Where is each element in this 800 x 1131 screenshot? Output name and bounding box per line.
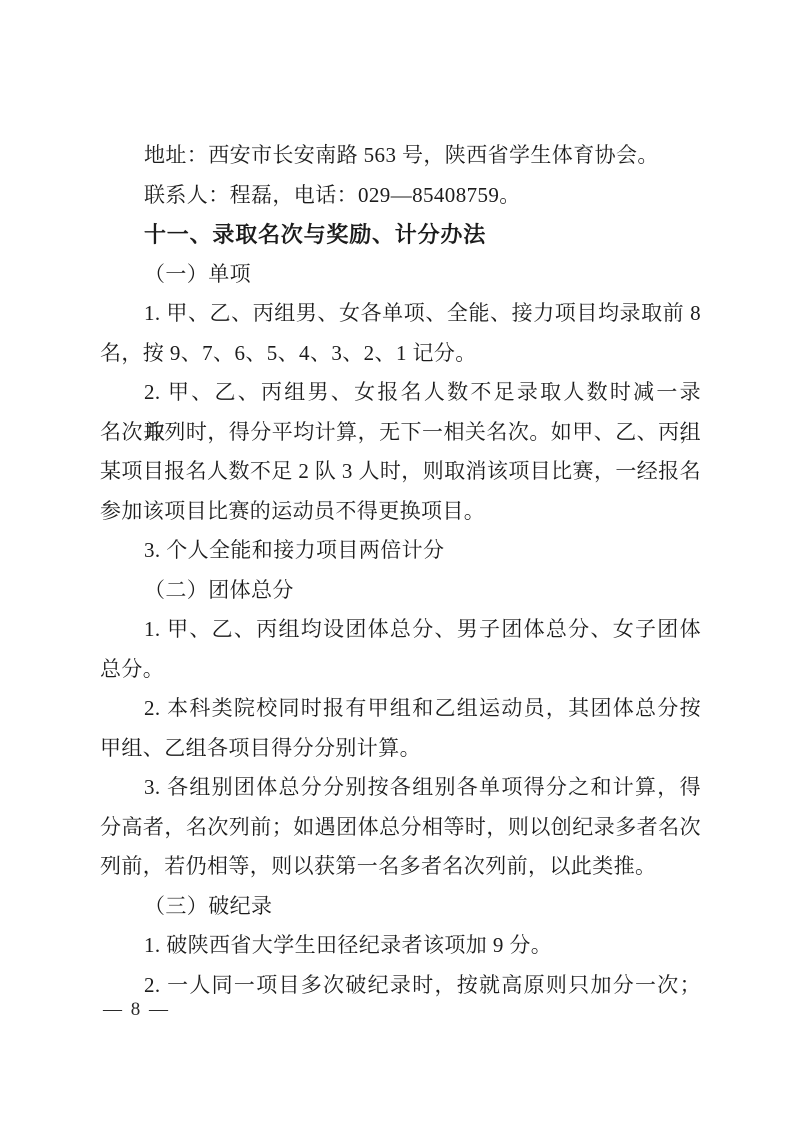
section-heading: 十一、录取名次与奖励、计分办法 [100,215,701,255]
contact-line: 联系人：程磊，电话：029—85408759。 [100,176,701,216]
text-line: 2. 甲、乙、丙组男、女报名人数不足录取人数时减一录取， [100,373,701,413]
text-line: 1. 甲、乙、丙组均设团体总分、男子团体总分、女子团体 [100,610,701,650]
text-line: 2. 本科类院校同时报有甲组和乙组运动员，其团体总分按 [100,689,701,729]
document-body: 地址：西安市长安南路 563 号，陕西省学生体育协会。 联系人：程磊，电话：02… [100,136,701,1005]
subsection-title: （三）破纪录 [100,887,701,927]
text-line: 1. 破陕西省大学生田径纪录者该项加 9 分。 [100,926,701,966]
text-line: 名次并列时，得分平均计算，无下一相关名次。如甲、乙、丙组 [100,413,701,453]
text-line: 列前，若仍相等，则以获第一名多者名次列前，以此类推。 [100,847,701,887]
text-line: 总分。 [100,650,701,690]
text-line: 某项目报名人数不足 2 队 3 人时，则取消该项目比赛，一经报名 [100,452,701,492]
text-line: 1. 甲、乙、丙组男、女各单项、全能、接力项目均录取前 8 [100,294,701,334]
page-number: — 8 — [103,997,170,1023]
subsection-title: （一）单项 [100,255,701,295]
text-line: 3. 各组别团体总分分别按各组别各单项得分之和计算，得 [100,768,701,808]
address-line: 地址：西安市长安南路 563 号，陕西省学生体育协会。 [100,136,701,176]
subsection-title: （二）团体总分 [100,571,701,611]
text-line: 2. 一人同一项目多次破纪录时，按就高原则只加分一次； [100,966,701,1006]
text-line: 3. 个人全能和接力项目两倍计分 [100,531,701,571]
text-line: 分高者，名次列前；如遇团体总分相等时，则以创纪录多者名次 [100,808,701,848]
text-line: 名，按 9、7、6、5、4、3、2、1 记分。 [100,334,701,374]
text-line: 甲组、乙组各项目得分分别计算。 [100,729,701,769]
text-line: 参加该项目比赛的运动员不得更换项目。 [100,492,701,532]
document-page: 地址：西安市长安南路 563 号，陕西省学生体育协会。 联系人：程磊，电话：02… [0,0,800,1131]
